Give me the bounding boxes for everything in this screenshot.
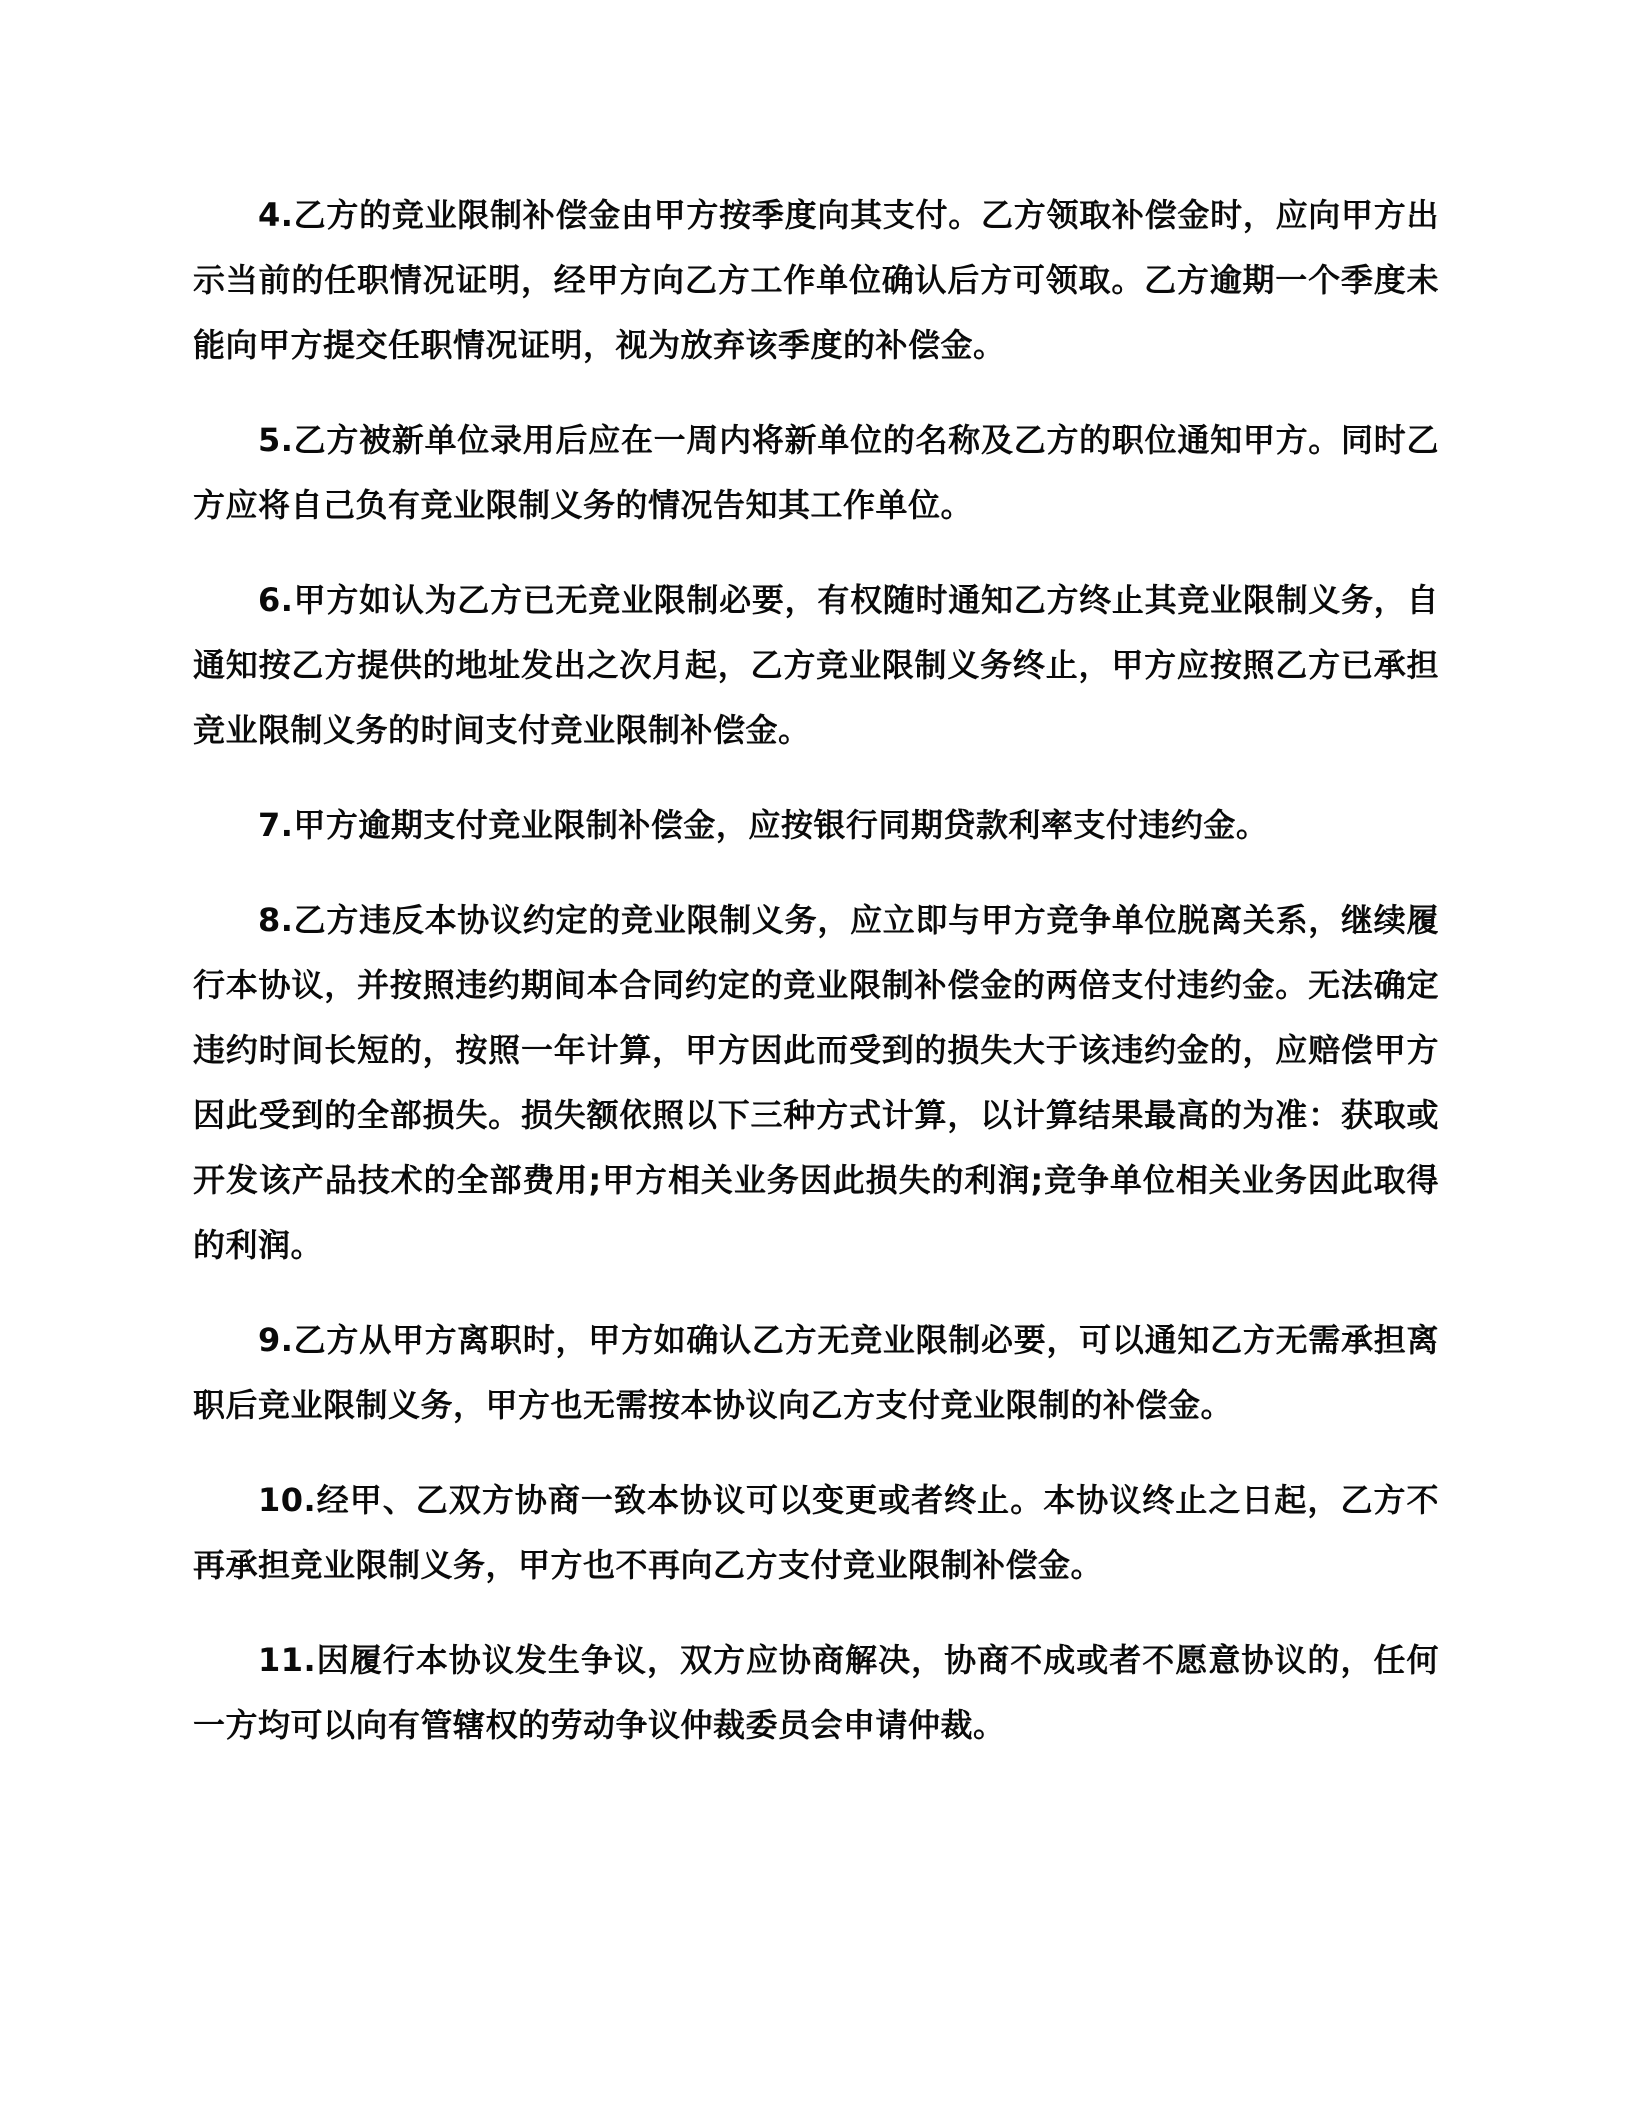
- contract-paragraph: 4.乙方的竞业限制补偿金由甲方按季度向其支付。乙方领取补偿金时，应向甲方出示当前…: [193, 183, 1439, 378]
- contract-paragraph: 6.甲方如认为乙方已无竞业限制必要，有权随时通知乙方终止其竞业限制义务，自通知按…: [193, 568, 1439, 763]
- contract-paragraph: 10.经甲、乙双方协商一致本协议可以变更或者终止。本协议终止之日起，乙方不再承担…: [193, 1468, 1439, 1598]
- paragraph-list: 4.乙方的竞业限制补偿金由甲方按季度向其支付。乙方领取补偿金时，应向甲方出示当前…: [193, 183, 1439, 1758]
- contract-paragraph: 5.乙方被新单位录用后应在一周内将新单位的名称及乙方的职位通知甲方。同时乙方应将…: [193, 408, 1439, 538]
- contract-paragraph: 7.甲方逾期支付竞业限制补偿金，应按银行同期贷款利率支付违约金。: [193, 793, 1439, 858]
- document-page: 4.乙方的竞业限制补偿金由甲方按季度向其支付。乙方领取补偿金时，应向甲方出示当前…: [0, 0, 1632, 2112]
- contract-paragraph: 9.乙方从甲方离职时，甲方如确认乙方无竞业限制必要，可以通知乙方无需承担离职后竞…: [193, 1308, 1439, 1438]
- contract-paragraph: 8.乙方违反本协议约定的竞业限制义务，应立即与甲方竞争单位脱离关系，继续履行本协…: [193, 888, 1439, 1278]
- contract-paragraph: 11.因履行本协议发生争议，双方应协商解决，协商不成或者不愿意协议的，任何一方均…: [193, 1628, 1439, 1758]
